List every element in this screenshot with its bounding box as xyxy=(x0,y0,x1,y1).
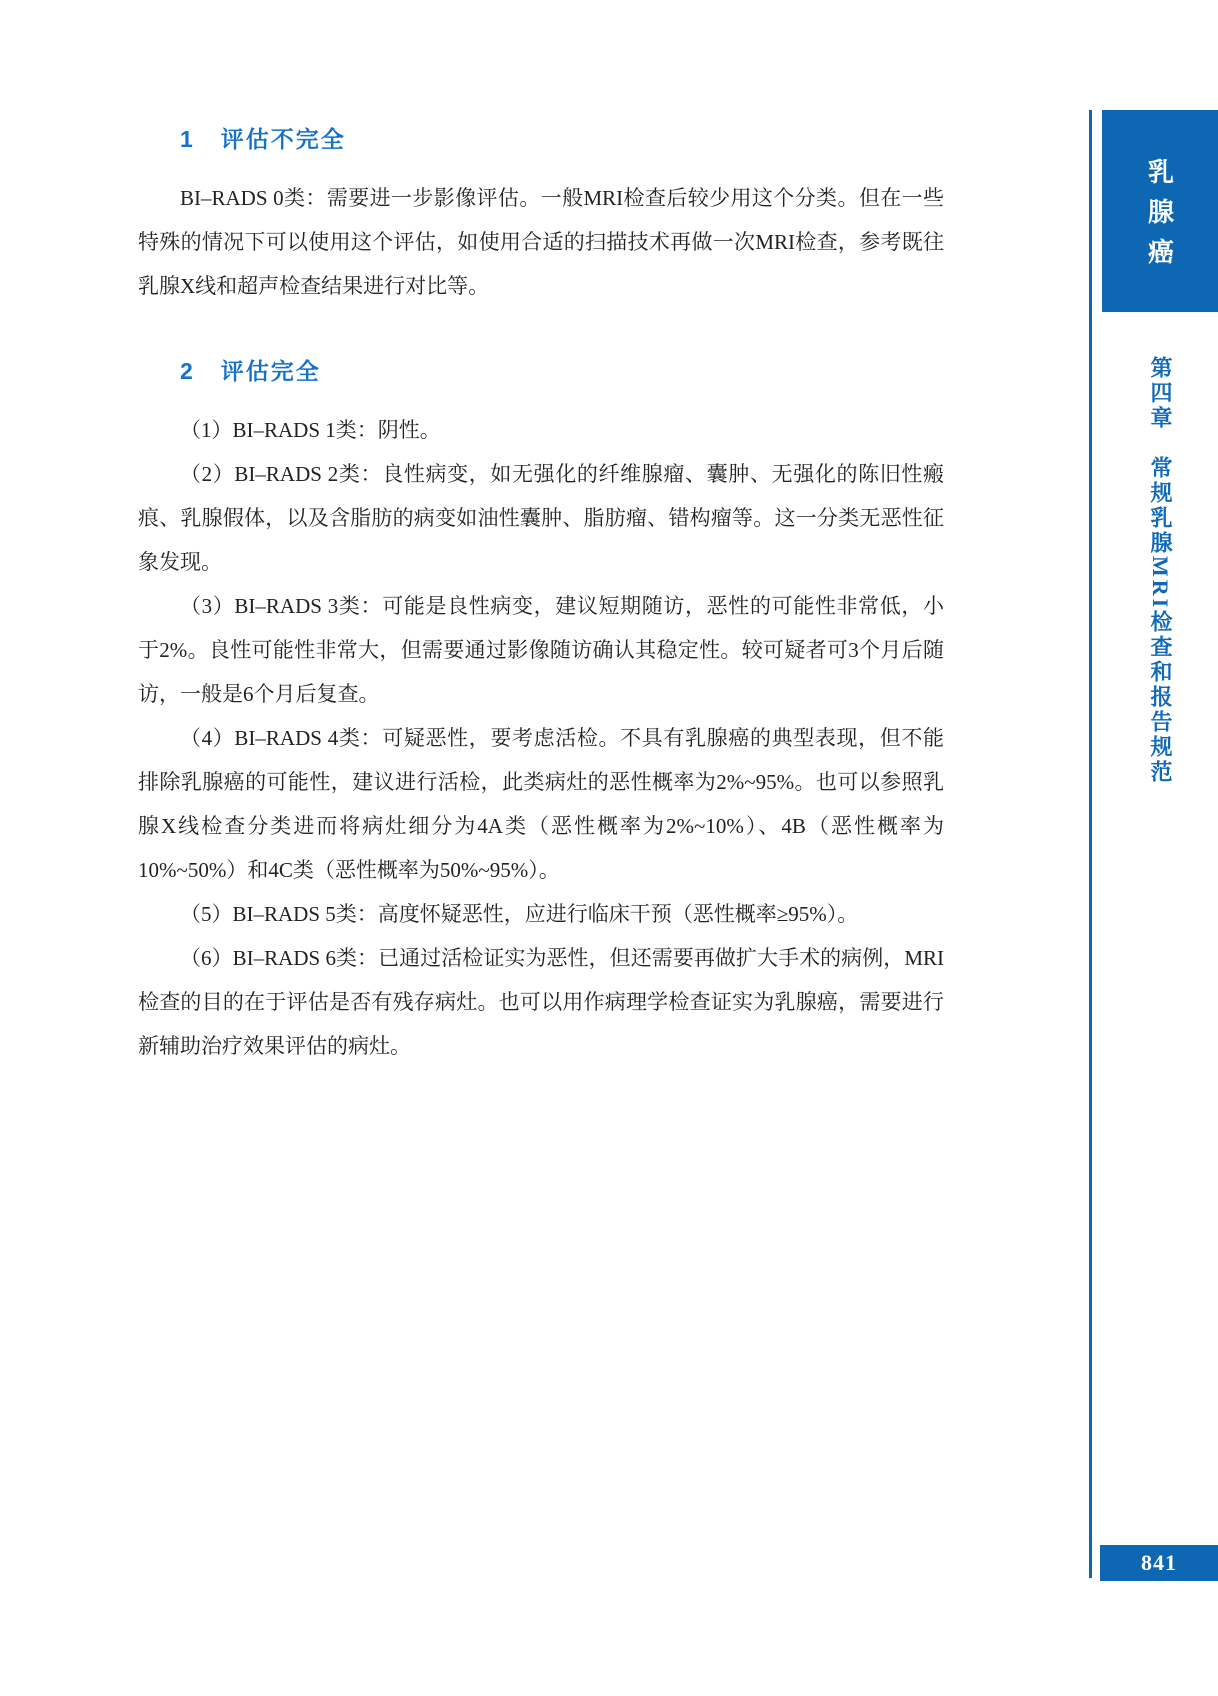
paragraph-birads-1: （1）BI–RADS 1类：阴性。 xyxy=(138,408,944,452)
section-number: 2 xyxy=(180,354,195,388)
section-heading-2: 2 评估完全 xyxy=(180,354,944,388)
section-number: 1 xyxy=(180,122,195,156)
chapter-tab-label: 乳腺癌 xyxy=(1142,144,1179,278)
section-heading-1: 1 评估不完全 xyxy=(180,122,944,156)
paragraph-birads-4: （4）BI–RADS 4类：可疑恶性，要考虑活检。不具有乳腺癌的典型表现，但不能… xyxy=(138,716,944,892)
page-number-badge: 841 xyxy=(1100,1545,1218,1581)
page-number: 841 xyxy=(1141,1550,1177,1576)
paragraph-birads-6: （6）BI–RADS 6类：已通过活检证实为恶性，但还需要再做扩大手术的病例，M… xyxy=(138,936,944,1068)
section-title: 评估不完全 xyxy=(221,122,346,156)
main-text-column: 1 评估不完全 BI–RADS 0类：需要进一步影像评估。一般MRI检查后较少用… xyxy=(138,122,944,1068)
section-title: 评估完全 xyxy=(221,354,321,388)
chapter-vertical-title: 第四章 常规乳腺MRI检查和报告规范 xyxy=(1102,356,1218,785)
sidebar-divider-line xyxy=(1089,110,1092,1578)
chapter-vertical-title-text: 第四章 常规乳腺MRI检查和报告规范 xyxy=(1149,356,1171,785)
paragraph-birads-5: （5）BI–RADS 5类：高度怀疑恶性，应进行临床干预（恶性概率≥95%）。 xyxy=(138,892,944,936)
paragraph-birads-3: （3）BI–RADS 3类：可能是良性病变，建议短期随访，恶性的可能性非常低，小… xyxy=(138,584,944,716)
paragraph-birads-2: （2）BI–RADS 2类：良性病变，如无强化的纤维腺瘤、囊肿、无强化的陈旧性瘢… xyxy=(138,452,944,584)
chapter-tab: 乳腺癌 xyxy=(1102,110,1218,312)
book-page: 1 评估不完全 BI–RADS 0类：需要进一步影像评估。一般MRI检查后较少用… xyxy=(0,0,1218,1696)
paragraph-birads-0: BI–RADS 0类：需要进一步影像评估。一般MRI检查后较少用这个分类。但在一… xyxy=(138,176,944,308)
